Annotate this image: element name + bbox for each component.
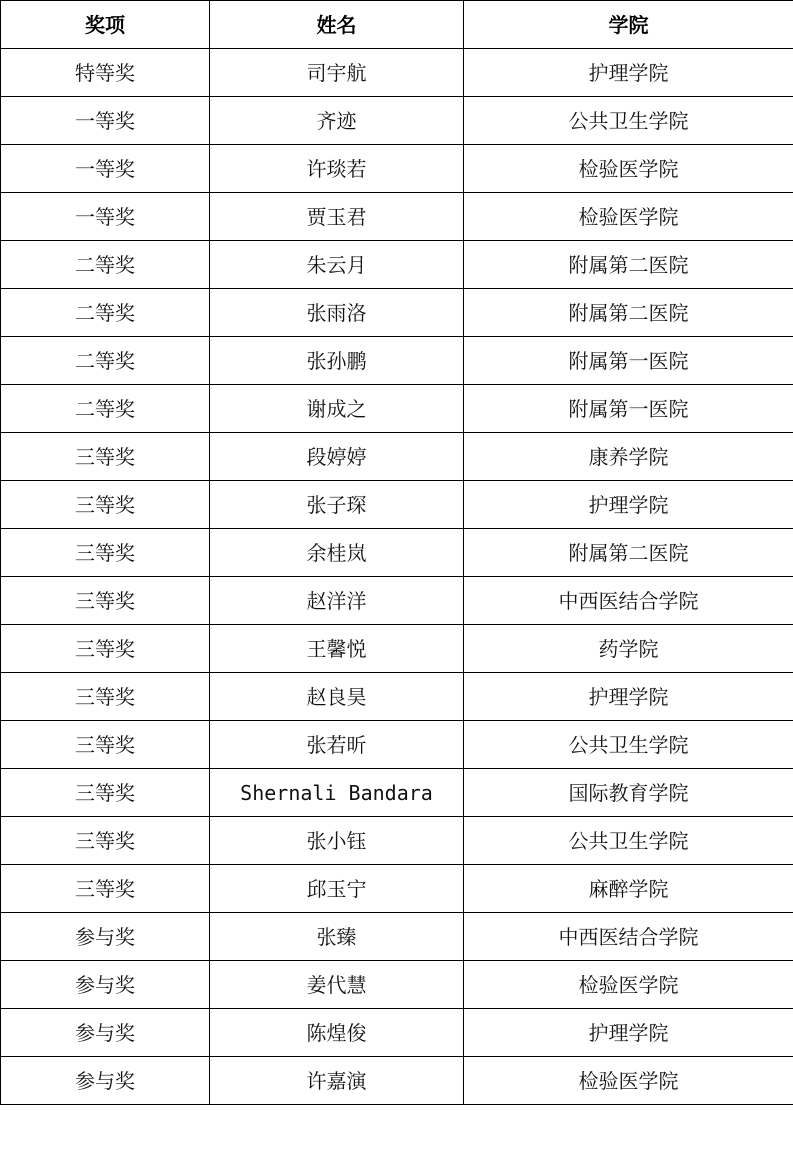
college-cell: 检验医学院 [464,193,793,241]
college-cell: 检验医学院 [464,961,793,1009]
award-cell: 三等奖 [1,865,210,913]
college-cell: 公共卫生学院 [464,97,793,145]
award-cell: 参与奖 [1,1057,210,1105]
award-cell: 一等奖 [1,97,210,145]
table-row: 二等奖 谢成之 附属第一医院 [1,385,793,433]
name-cell: 赵良昊 [210,673,464,721]
award-cell: 三等奖 [1,625,210,673]
table-row: 三等奖 余桂岚 附属第二医院 [1,529,793,577]
college-cell: 检验医学院 [464,145,793,193]
award-cell: 一等奖 [1,145,210,193]
award-cell: 参与奖 [1,961,210,1009]
table-row: 一等奖 许琰若 检验医学院 [1,145,793,193]
table-row: 三等奖 张小钰 公共卫生学院 [1,817,793,865]
name-cell: 姜代慧 [210,961,464,1009]
award-cell: 三等奖 [1,529,210,577]
table-row: 三等奖 赵良昊 护理学院 [1,673,793,721]
name-cell: 张孙鹏 [210,337,464,385]
table-row: 三等奖 王馨悦 药学院 [1,625,793,673]
table-row: 一等奖 贾玉君 检验医学院 [1,193,793,241]
name-cell: 张臻 [210,913,464,961]
table-row: 三等奖 张子琛 护理学院 [1,481,793,529]
name-cell: 余桂岚 [210,529,464,577]
award-cell: 三等奖 [1,817,210,865]
award-cell: 参与奖 [1,1009,210,1057]
award-cell: 参与奖 [1,913,210,961]
college-cell: 中西医结合学院 [464,577,793,625]
name-cell: 齐迹 [210,97,464,145]
name-cell: 贾玉君 [210,193,464,241]
award-cell: 三等奖 [1,721,210,769]
table-row: 参与奖 张臻 中西医结合学院 [1,913,793,961]
award-cell: 二等奖 [1,289,210,337]
college-cell: 附属第二医院 [464,529,793,577]
name-cell: 张子琛 [210,481,464,529]
table-row: 三等奖 Shernali Bandara 国际教育学院 [1,769,793,817]
table-header-row: 奖项 姓名 学院 [1,1,793,49]
college-cell: 中西医结合学院 [464,913,793,961]
name-cell: 张雨洛 [210,289,464,337]
college-cell: 护理学院 [464,1009,793,1057]
table-row: 参与奖 陈煌俊 护理学院 [1,1009,793,1057]
award-cell: 三等奖 [1,481,210,529]
table-row: 三等奖 赵洋洋 中西医结合学院 [1,577,793,625]
name-cell: 谢成之 [210,385,464,433]
table-row: 三等奖 邱玉宁 麻醉学院 [1,865,793,913]
award-cell: 二等奖 [1,241,210,289]
name-cell: 张小钰 [210,817,464,865]
header-college: 学院 [464,1,793,49]
award-cell: 三等奖 [1,673,210,721]
award-cell: 三等奖 [1,577,210,625]
header-name: 姓名 [210,1,464,49]
name-cell: 朱云月 [210,241,464,289]
name-cell: 司宇航 [210,49,464,97]
table-row: 三等奖 张若昕 公共卫生学院 [1,721,793,769]
table-row: 二等奖 朱云月 附属第二医院 [1,241,793,289]
table-row: 参与奖 姜代慧 检验医学院 [1,961,793,1009]
name-cell: Shernali Bandara [210,769,464,817]
name-cell: 王馨悦 [210,625,464,673]
table-row: 二等奖 张孙鹏 附属第一医院 [1,337,793,385]
college-cell: 国际教育学院 [464,769,793,817]
award-cell: 三等奖 [1,769,210,817]
name-cell: 许嘉演 [210,1057,464,1105]
name-cell: 邱玉宁 [210,865,464,913]
college-cell: 麻醉学院 [464,865,793,913]
name-cell: 张若昕 [210,721,464,769]
header-award: 奖项 [1,1,210,49]
college-cell: 检验医学院 [464,1057,793,1105]
table-row: 一等奖 齐迹 公共卫生学院 [1,97,793,145]
college-cell: 护理学院 [464,673,793,721]
college-cell: 公共卫生学院 [464,721,793,769]
college-cell: 公共卫生学院 [464,817,793,865]
award-winners-table: 奖项 姓名 学院 特等奖 司宇航 护理学院 一等奖 齐迹 公共卫生学院 一等奖 … [0,0,793,1105]
name-cell: 陈煌俊 [210,1009,464,1057]
table-row: 二等奖 张雨洛 附属第二医院 [1,289,793,337]
award-cell: 二等奖 [1,337,210,385]
college-cell: 附属第一医院 [464,385,793,433]
college-cell: 附属第二医院 [464,289,793,337]
award-cell: 特等奖 [1,49,210,97]
college-cell: 附属第一医院 [464,337,793,385]
college-cell: 护理学院 [464,481,793,529]
college-cell: 附属第二医院 [464,241,793,289]
name-cell: 赵洋洋 [210,577,464,625]
college-cell: 护理学院 [464,49,793,97]
award-cell: 一等奖 [1,193,210,241]
table-row: 三等奖 段婷婷 康养学院 [1,433,793,481]
name-cell: 许琰若 [210,145,464,193]
table-row: 特等奖 司宇航 护理学院 [1,49,793,97]
table-row: 参与奖 许嘉演 检验医学院 [1,1057,793,1105]
award-cell: 三等奖 [1,433,210,481]
name-cell: 段婷婷 [210,433,464,481]
award-cell: 二等奖 [1,385,210,433]
college-cell: 药学院 [464,625,793,673]
college-cell: 康养学院 [464,433,793,481]
